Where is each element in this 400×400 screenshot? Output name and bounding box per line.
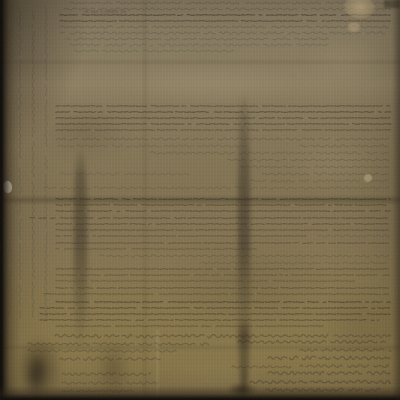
scan-vignette — [0, 0, 400, 400]
document-scan: in the County of — [0, 0, 400, 400]
